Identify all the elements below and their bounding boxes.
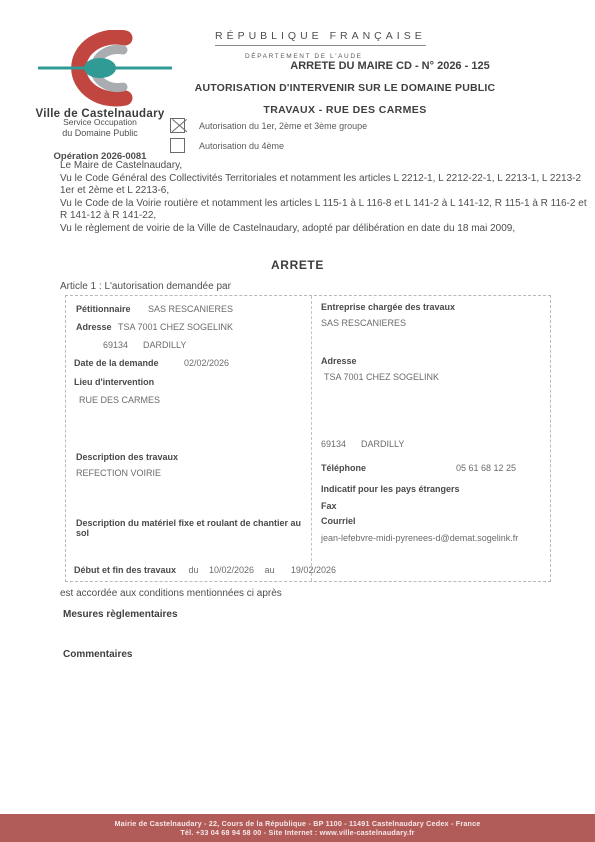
- email-value: jean-lefebvre-midi-pyrenees-d@demat.soge…: [321, 533, 518, 543]
- company-address-value: TSA 7001 CHEZ SOGELINK: [324, 372, 439, 382]
- table-column-divider: [311, 296, 312, 581]
- checkbox-group4: [170, 138, 185, 153]
- authorization-title: AUTORISATION D'INTERVENIR SUR LE DOMAINE…: [95, 82, 595, 94]
- phone-value: 05 61 68 12 25: [456, 463, 516, 473]
- request-date-value: 02/02/2026: [184, 358, 229, 368]
- location-value: RUE DES CARMES: [79, 395, 160, 405]
- petitioner-label: Pétitionnaire: [76, 304, 131, 314]
- checkbox-row-group123: Autorisation du 1er, 2ème et 3ème groupe: [170, 118, 367, 133]
- decree-number: ARRETE DU MAIRE CD - N° 2026 - 125: [0, 60, 595, 72]
- works-desc-value: REFECTION VOIRIE: [76, 468, 161, 478]
- works-date-start: 10/02/2026: [209, 565, 254, 575]
- footer-bar: Mairie de Castelnaudary - 22, Cours de l…: [0, 814, 595, 842]
- petitioner-value: SAS RESCANIERES: [148, 304, 233, 314]
- checkbox-group4-label: Autorisation du 4ème: [199, 141, 284, 151]
- preamble: Le Maire de Castelnaudary, Vu le Code Gé…: [60, 160, 588, 235]
- company-label: Entreprise chargée des travaux: [321, 302, 455, 312]
- company-address-label: Adresse: [321, 356, 357, 366]
- checkbox-row-group4: Autorisation du 4ème: [170, 138, 284, 153]
- location-label: Lieu d'intervention: [74, 377, 154, 387]
- republic-heading: RÉPUBLIQUE FRANÇAISE: [215, 30, 426, 46]
- phone-label: Téléphone: [321, 463, 366, 473]
- footer-contact: Tél. +33 04 68 94 58 00 - Site Internet …: [180, 828, 414, 838]
- arrete-heading: ARRETE: [0, 258, 595, 272]
- works-date-end: 19/02/2026: [291, 565, 336, 575]
- email-label: Courriel: [321, 516, 356, 526]
- service-name-line2: du Domaine Public: [20, 128, 180, 138]
- checkbox-group123-label: Autorisation du 1er, 2ème et 3ème groupe: [199, 121, 367, 131]
- petitioner-address-label: Adresse: [76, 322, 112, 332]
- authorization-table: Pétitionnaire SAS RESCANIERES Adresse TS…: [65, 295, 551, 582]
- works-dates-du: du: [188, 565, 198, 575]
- footer-address: Mairie de Castelnaudary - 22, Cours de l…: [115, 819, 481, 829]
- preamble-line2: Vu le Code Général des Collectivités Ter…: [60, 173, 581, 197]
- measures-heading: Mesures règlementaires: [63, 609, 178, 620]
- works-dates-label: Début et fin des travaux: [74, 565, 176, 575]
- preamble-line3: Vu le Code de la Voirie routière et nota…: [60, 198, 587, 222]
- company-value: SAS RESCANIERES: [321, 318, 406, 328]
- works-title: TRAVAUX - RUE DES CARMES: [95, 104, 595, 116]
- petitioner-address-city: 69134 DARDILLY: [103, 340, 186, 350]
- works-dates-au: au: [264, 565, 274, 575]
- request-date-label: Date de la demande: [74, 358, 159, 368]
- company-address-city: 69134 DARDILLY: [321, 439, 404, 449]
- department-heading: DÉPARTEMENT DE L'AUDE: [245, 53, 363, 60]
- article1-heading: Article 1 : L'autorisation demandée par: [60, 281, 231, 292]
- fax-label: Fax: [321, 501, 337, 511]
- checkbox-group123: [170, 118, 185, 133]
- granted-text: est accordée aux conditions mentionnées …: [60, 588, 282, 599]
- comments-heading: Commentaires: [63, 649, 132, 660]
- intl-prefix-label: Indicatif pour les pays étrangers: [321, 484, 460, 494]
- works-dates-row: Début et fin des travaux du 10/02/2026 a…: [74, 560, 336, 578]
- works-desc-label: Description des travaux: [76, 452, 178, 462]
- equipment-label: Description du matériel fixe et roulant …: [76, 518, 306, 538]
- preamble-line1: Le Maire de Castelnaudary,: [60, 160, 182, 171]
- petitioner-address-value: TSA 7001 CHEZ SOGELINK: [118, 322, 233, 332]
- preamble-line4: Vu le règlement de voirie de la Ville de…: [60, 223, 515, 234]
- document-page: Ville de Castelnaudary Service Occupatio…: [0, 0, 595, 842]
